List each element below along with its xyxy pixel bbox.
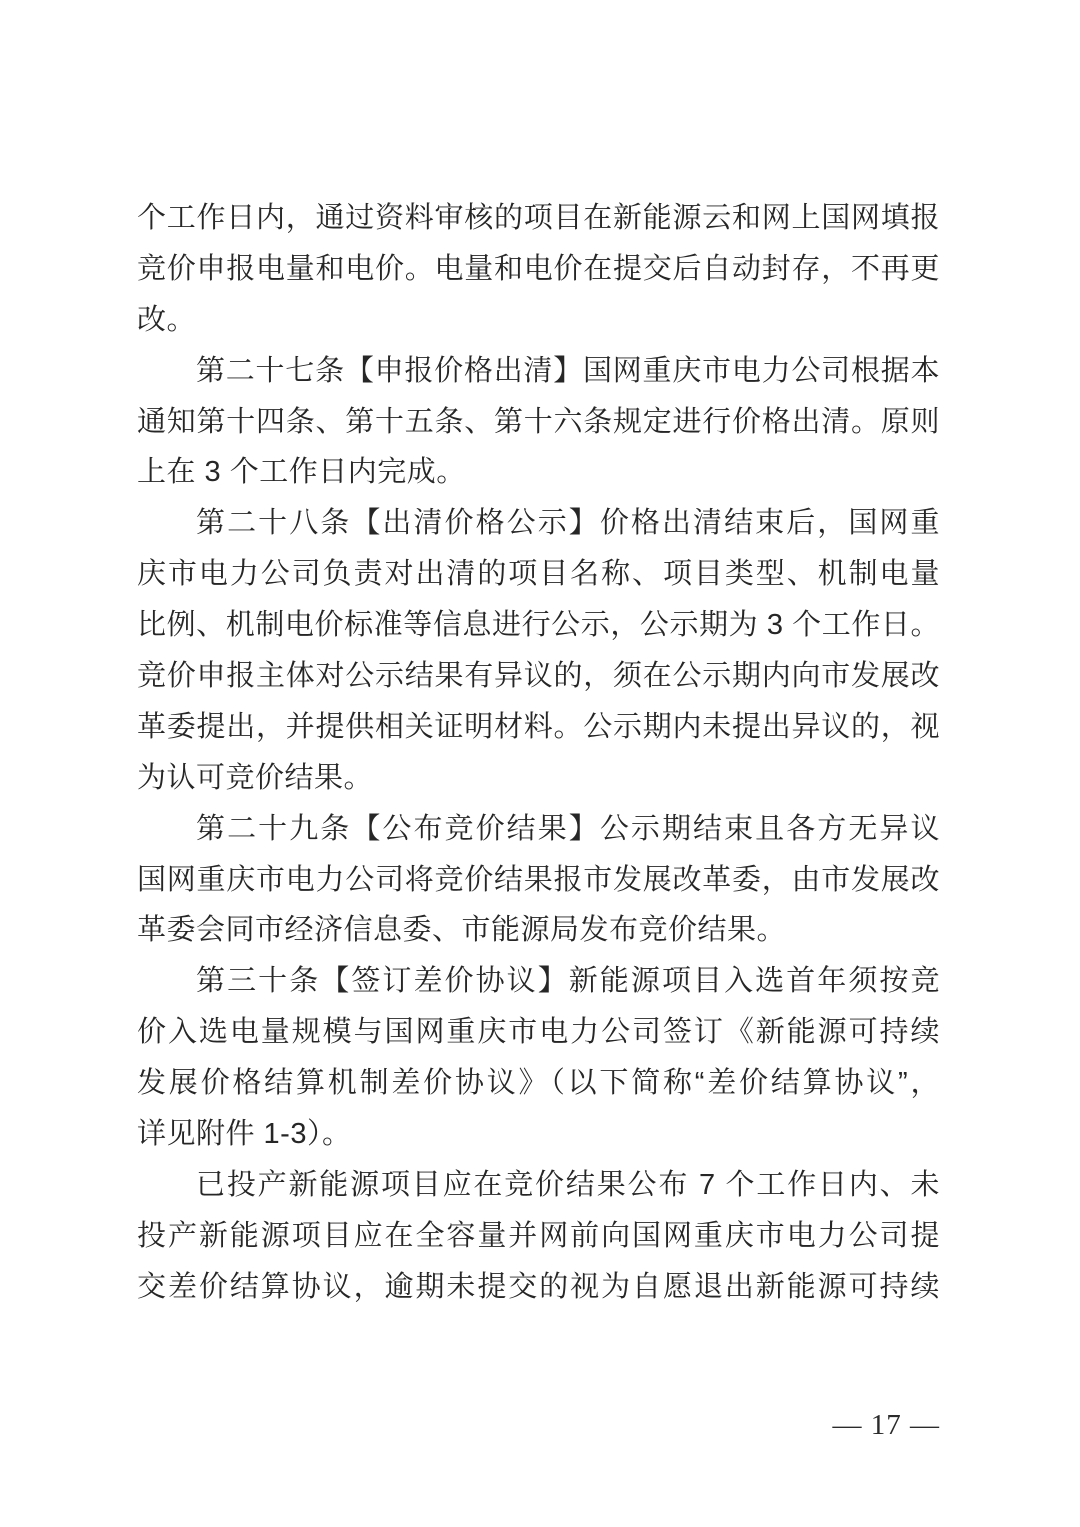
- text-line: 竞价申报主体对公示结果有异议的，须在公示期内向市发展改: [137, 651, 940, 702]
- text-line: 国网重庆市电力公司将竞价结果报市发展改革委，由市发展改: [137, 855, 940, 906]
- text-line: 交差价结算协议，逾期未提交的视为自愿退出新能源可持续: [137, 1262, 940, 1313]
- article-30-heading-line: 第三十条【签订差价协议】新能源项目入选首年须按竞: [137, 956, 940, 1007]
- text-line: 比例、机制电价标准等信息进行公示，公示期为 3 个工作日。: [137, 600, 940, 651]
- text-line: 详见附件 1-3）。: [137, 1109, 940, 1160]
- text-line: 革委提出，并提供相关证明材料。公示期内未提出异议的，视: [137, 702, 940, 753]
- text-line: 个工作日内，通过资料审核的项目在新能源云和网上国网填报: [137, 193, 940, 244]
- text-line: 竞价申报电量和电价。电量和电价在提交后自动封存，不再更: [137, 244, 940, 295]
- text-line: 发展价格结算机制差价协议》（以下简称“差价结算协议”，: [137, 1058, 940, 1109]
- article-27-heading-line: 第二十七条【申报价格出清】国网重庆市电力公司根据本: [137, 346, 940, 397]
- text-line: 改。: [137, 295, 940, 346]
- article-28-heading-line: 第二十八条【出清价格公示】价格出清结束后，国网重: [137, 498, 940, 549]
- document-page: 个工作日内，通过资料审核的项目在新能源云和网上国网填报 竞价申报电量和电价。电量…: [0, 0, 1080, 1527]
- text-line: 庆市电力公司负责对出清的项目名称、项目类型、机制电量: [137, 549, 940, 600]
- text-line: 投产新能源项目应在全容量并网前向国网重庆市电力公司提: [137, 1211, 940, 1262]
- text-line: 上在 3 个工作日内完成。: [137, 447, 940, 498]
- text-line: 革委会同市经济信息委、市能源局发布竞价结果。: [137, 905, 940, 956]
- document-body: 个工作日内，通过资料审核的项目在新能源云和网上国网填报 竞价申报电量和电价。电量…: [137, 193, 940, 1313]
- page-number: — 17 —: [833, 1408, 941, 1442]
- article-29-heading-line: 第二十九条【公布竞价结果】公示期结束且各方无异议后，: [137, 804, 940, 855]
- text-line: 通知第十四条、第十五条、第十六条规定进行价格出清。原则: [137, 397, 940, 448]
- text-line: 为认可竞价结果。: [137, 753, 940, 804]
- text-line: 价入选电量规模与国网重庆市电力公司签订《新能源可持续: [137, 1007, 940, 1058]
- text-line: 已投产新能源项目应在竞价结果公布 7 个工作日内、未: [137, 1160, 940, 1211]
